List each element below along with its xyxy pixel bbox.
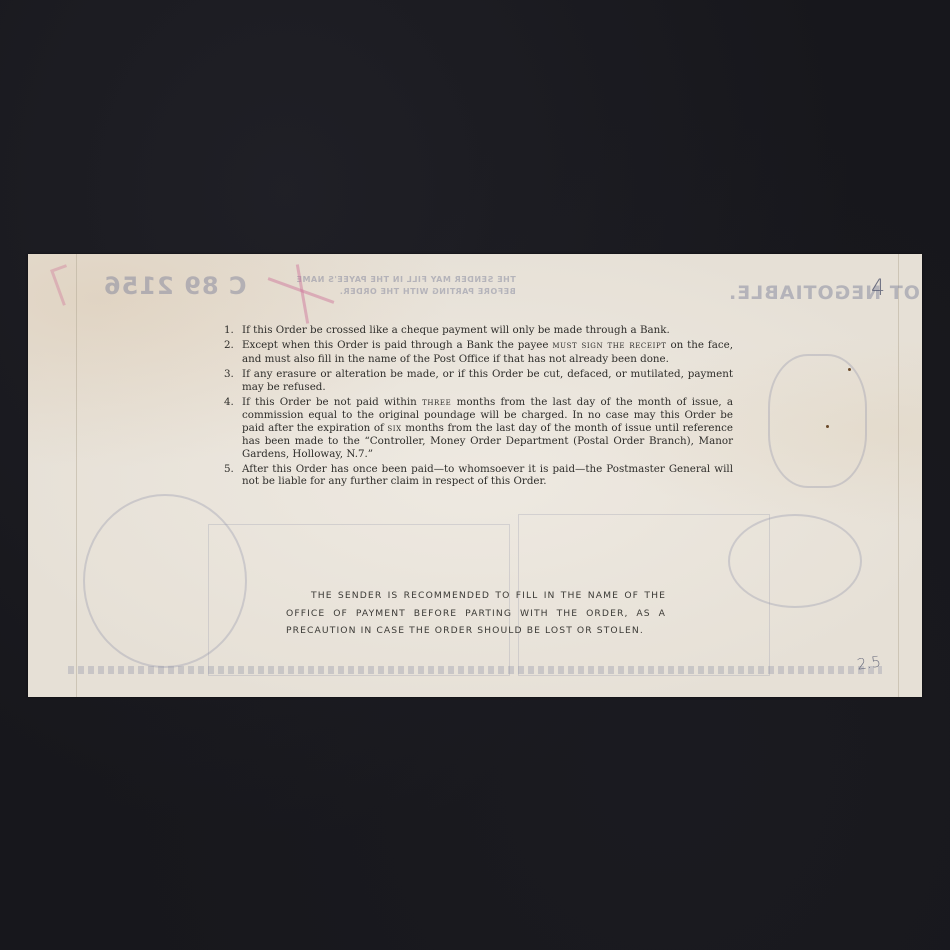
condition-number: 2. [218, 339, 242, 365]
condition-item: 3.If any erasure or alteration be made, … [218, 368, 733, 393]
emphasis-text: six [387, 423, 401, 434]
text-run: If this Order be crossed like a cheque p… [242, 324, 670, 336]
text-run: Except when this Order is paid through a… [242, 339, 552, 351]
serial-text: C 89 2156 [103, 272, 247, 300]
fold-line [76, 254, 77, 697]
text-run: If any erasure or alteration be made, or… [242, 368, 733, 392]
postal-order-reverse: C 89 2156 THE SENDER MAY FILL IN THE PAY… [28, 254, 922, 697]
text-run: If this Order be not paid within [242, 396, 422, 408]
condition-item: 2.Except when this Order is paid through… [218, 339, 733, 365]
condition-text: If this Order be not paid within three m… [242, 396, 733, 460]
condition-text: If this Order be crossed like a cheque p… [242, 324, 733, 336]
pink-cross-mark [266, 264, 336, 324]
sender-recommendation: THE SENDER IS RECOMMENDED TO FILL IN THE… [286, 587, 666, 640]
show-through-border [68, 666, 882, 674]
show-through-not-negotiable: NOT NEGOTIABLE. [728, 282, 922, 304]
pencil-corner-number: 4 [871, 276, 885, 301]
pin-hole [848, 368, 851, 371]
condition-item: 1.If this Order be crossed like a cheque… [218, 324, 733, 336]
condition-item: 5.After this Order has once been paid—to… [218, 463, 733, 488]
recommendation-text: THE SENDER IS RECOMMENDED TO FILL IN THE… [286, 590, 666, 636]
condition-text: After this Order has once been paid—to w… [242, 463, 733, 488]
condition-number: 3. [218, 368, 242, 393]
pink-edge-mark [50, 264, 79, 306]
text-run: After this Order has once been paid—to w… [242, 463, 733, 487]
pencil-price-note: 2.5 [856, 652, 882, 673]
conditions-list: 1.If this Order be crossed like a cheque… [218, 324, 733, 491]
emphasis-text: must sign the receipt [552, 340, 666, 351]
condition-number: 4. [218, 396, 242, 460]
pin-hole [826, 425, 829, 428]
condition-number: 1. [218, 324, 242, 336]
condition-item: 4.If this Order be not paid within three… [218, 396, 733, 460]
condition-text: If any erasure or alteration be made, or… [242, 368, 733, 393]
show-through-crest [768, 354, 867, 488]
condition-number: 5. [218, 463, 242, 488]
emphasis-text: three [422, 397, 451, 408]
fold-line [898, 254, 899, 697]
show-through-serial: C 89 2156 [103, 272, 247, 300]
condition-text: Except when this Order is paid through a… [242, 339, 733, 365]
